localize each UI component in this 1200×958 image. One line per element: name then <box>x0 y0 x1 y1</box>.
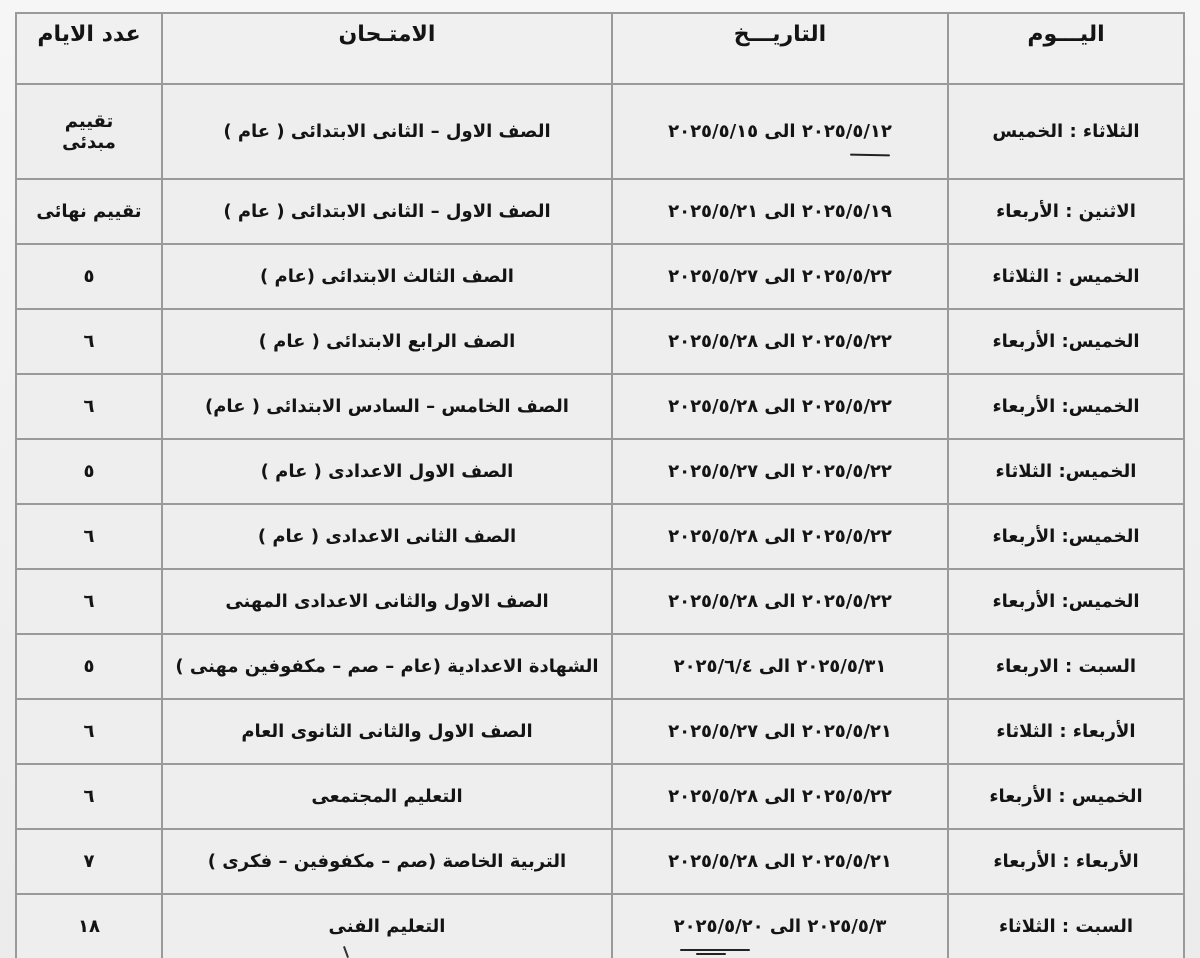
table-row: الخميس: الأربعاء ٢٠٢٥/٥/٢٢ الى ٢٠٢٥/٥/٢٨… <box>16 569 1184 634</box>
table-row: الخميس: الأربعاء ٢٠٢٥/٥/٢٢ الى ٢٠٢٥/٥/٢٨… <box>16 504 1184 569</box>
cell-date: ٢٠٢٥/٥/٢١ الى ٢٠٢٥/٥/٢٨ <box>612 829 948 894</box>
cell-days-count: ٦ <box>16 699 162 764</box>
cell-date: ٢٠٢٥/٥/٢٢ الى ٢٠٢٥/٥/٢٨ <box>612 764 948 829</box>
cell-day: الخميس: الأربعاء <box>948 504 1184 569</box>
cell-exam: التعليم الفنى <box>162 894 612 958</box>
cell-days-count: ٦ <box>16 374 162 439</box>
cell-exam: الصف الاول والثانى الاعدادى المهنى <box>162 569 612 634</box>
cell-day: الخميس : الثلاثاء <box>948 244 1184 309</box>
cell-date: ٢٠٢٥/٥/٣١ الى ٢٠٢٥/٦/٤ <box>612 634 948 699</box>
cell-exam: التربية الخاصة (صم – مكفوفين – فكرى ) <box>162 829 612 894</box>
cell-day: السبت : الاربعاء <box>948 634 1184 699</box>
cell-day: الأربعاء : الأربعاء <box>948 829 1184 894</box>
cell-exam: الصف الاول والثانى الثانوى العام <box>162 699 612 764</box>
cell-date: ٢٠٢٥/٥/٢٢ الى ٢٠٢٥/٥/٢٨ <box>612 504 948 569</box>
table-row: الاثنين : الأربعاء ٢٠٢٥/٥/١٩ الى ٢٠٢٥/٥/… <box>16 179 1184 244</box>
cell-exam: الصف الخامس – السادس الابتدائى ( عام) <box>162 374 612 439</box>
table-header-row: اليـــوم التاريـــخ الامتـحان عدد الايام <box>16 13 1184 84</box>
cell-exam: الصف الاول – الثانى الابتدائى ( عام ) <box>162 84 612 179</box>
table-row: الخميس: الثلاثاء ٢٠٢٥/٥/٢٢ الى ٢٠٢٥/٥/٢٧… <box>16 439 1184 504</box>
cell-days-count: ٦ <box>16 569 162 634</box>
date-text: ٢٠٢٥/٥/١٢ الى ٢٠٢٥/٥/١٥ <box>668 121 892 142</box>
cell-date: ٢٠٢٥/٥/٢٢ الى ٢٠٢٥/٥/٢٧ <box>612 244 948 309</box>
cell-day: الخميس: الثلاثاء <box>948 439 1184 504</box>
cell-exam: الصف الثالث الابتدائى (عام ) <box>162 244 612 309</box>
table-row: الخميس : الثلاثاء ٢٠٢٥/٥/٢٢ الى ٢٠٢٥/٥/٢… <box>16 244 1184 309</box>
table-row: الأربعاء : الثلاثاء ٢٠٢٥/٥/٢١ الى ٢٠٢٥/٥… <box>16 699 1184 764</box>
handwritten-underline <box>696 953 726 955</box>
table-row: الأربعاء : الأربعاء ٢٠٢٥/٥/٢١ الى ٢٠٢٥/٥… <box>16 829 1184 894</box>
cell-exam: الصف الاول الاعدادى ( عام ) <box>162 439 612 504</box>
cell-day: الأربعاء : الثلاثاء <box>948 699 1184 764</box>
cell-date: ٢٠٢٥/٥/٢١ الى ٢٠٢٥/٥/٢٧ <box>612 699 948 764</box>
header-day: اليـــوم <box>948 13 1184 84</box>
cell-days-count: ٦ <box>16 504 162 569</box>
table-row: السبت : الثلاثاء ٢٠٢٥/٥/٣ الى ٢٠٢٥/٥/٢٠ … <box>16 894 1184 958</box>
cell-date: ٢٠٢٥/٥/١٩ الى ٢٠٢٥/٥/٢١ <box>612 179 948 244</box>
cell-days-count: تقييم نهائى <box>16 179 162 244</box>
exam-schedule-table: اليـــوم التاريـــخ الامتـحان عدد الايام… <box>15 12 1185 958</box>
cell-date: ٢٠٢٥/٥/٣ الى ٢٠٢٥/٥/٢٠ <box>612 894 948 958</box>
cell-date: ٢٠٢٥/٥/٢٢ الى ٢٠٢٥/٥/٢٨ <box>612 309 948 374</box>
cell-date: ٢٠٢٥/٥/٢٢ الى ٢٠٢٥/٥/٢٧ <box>612 439 948 504</box>
table-row: الثلاثاء : الخميس ٢٠٢٥/٥/١٢ الى ٢٠٢٥/٥/١… <box>16 84 1184 179</box>
date-text: ٢٠٢٥/٥/٣ الى ٢٠٢٥/٥/٢٠ <box>674 916 887 937</box>
cell-days-count: ٧ <box>16 829 162 894</box>
scanned-document-page: اليـــوم التاريـــخ الامتـحان عدد الايام… <box>0 0 1200 958</box>
cell-days-count: ٥ <box>16 244 162 309</box>
cell-date: ٢٠٢٥/٥/٢٢ الى ٢٠٢٥/٥/٢٨ <box>612 374 948 439</box>
cell-date: ٢٠٢٥/٥/٢٢ الى ٢٠٢٥/٥/٢٨ <box>612 569 948 634</box>
cell-exam: الصف الثانى الاعدادى ( عام ) <box>162 504 612 569</box>
cell-day: الثلاثاء : الخميس <box>948 84 1184 179</box>
table-row: الخميس : الأربعاء ٢٠٢٥/٥/٢٢ الى ٢٠٢٥/٥/٢… <box>16 764 1184 829</box>
handwritten-underline <box>680 949 750 951</box>
table-row: السبت : الاربعاء ٢٠٢٥/٥/٣١ الى ٢٠٢٥/٦/٤ … <box>16 634 1184 699</box>
cell-days-count: ٥ <box>16 634 162 699</box>
handwritten-underline <box>850 154 890 157</box>
cell-exam: التعليم المجتمعى <box>162 764 612 829</box>
cell-exam: الصف الرابع الابتدائى ( عام ) <box>162 309 612 374</box>
table-row: الخميس: الأربعاء ٢٠٢٥/٥/٢٢ الى ٢٠٢٥/٥/٢٨… <box>16 374 1184 439</box>
cell-day: الخميس : الأربعاء <box>948 764 1184 829</box>
header-exam: الامتـحان <box>162 13 612 84</box>
cell-days-count: ٦ <box>16 764 162 829</box>
header-date: التاريـــخ <box>612 13 948 84</box>
table-row: الخميس: الأربعاء ٢٠٢٥/٥/٢٢ الى ٢٠٢٥/٥/٢٨… <box>16 309 1184 374</box>
cell-day: الخميس: الأربعاء <box>948 569 1184 634</box>
cell-days-count: ٦ <box>16 309 162 374</box>
cell-exam: الصف الاول – الثانى الابتدائى ( عام ) <box>162 179 612 244</box>
cell-day: الخميس: الأربعاء <box>948 374 1184 439</box>
cell-date: ٢٠٢٥/٥/١٢ الى ٢٠٢٥/٥/١٥ <box>612 84 948 179</box>
cell-days-count: تقييم مبدئى <box>16 84 162 179</box>
cell-exam: الشهادة الاعدادية (عام – صم – مكفوفين مه… <box>162 634 612 699</box>
cell-day: السبت : الثلاثاء <box>948 894 1184 958</box>
cell-days-count: ١٨ <box>16 894 162 958</box>
cell-day: الخميس: الأربعاء <box>948 309 1184 374</box>
cell-day: الاثنين : الأربعاء <box>948 179 1184 244</box>
header-days-count: عدد الايام <box>16 13 162 84</box>
cell-days-count: ٥ <box>16 439 162 504</box>
